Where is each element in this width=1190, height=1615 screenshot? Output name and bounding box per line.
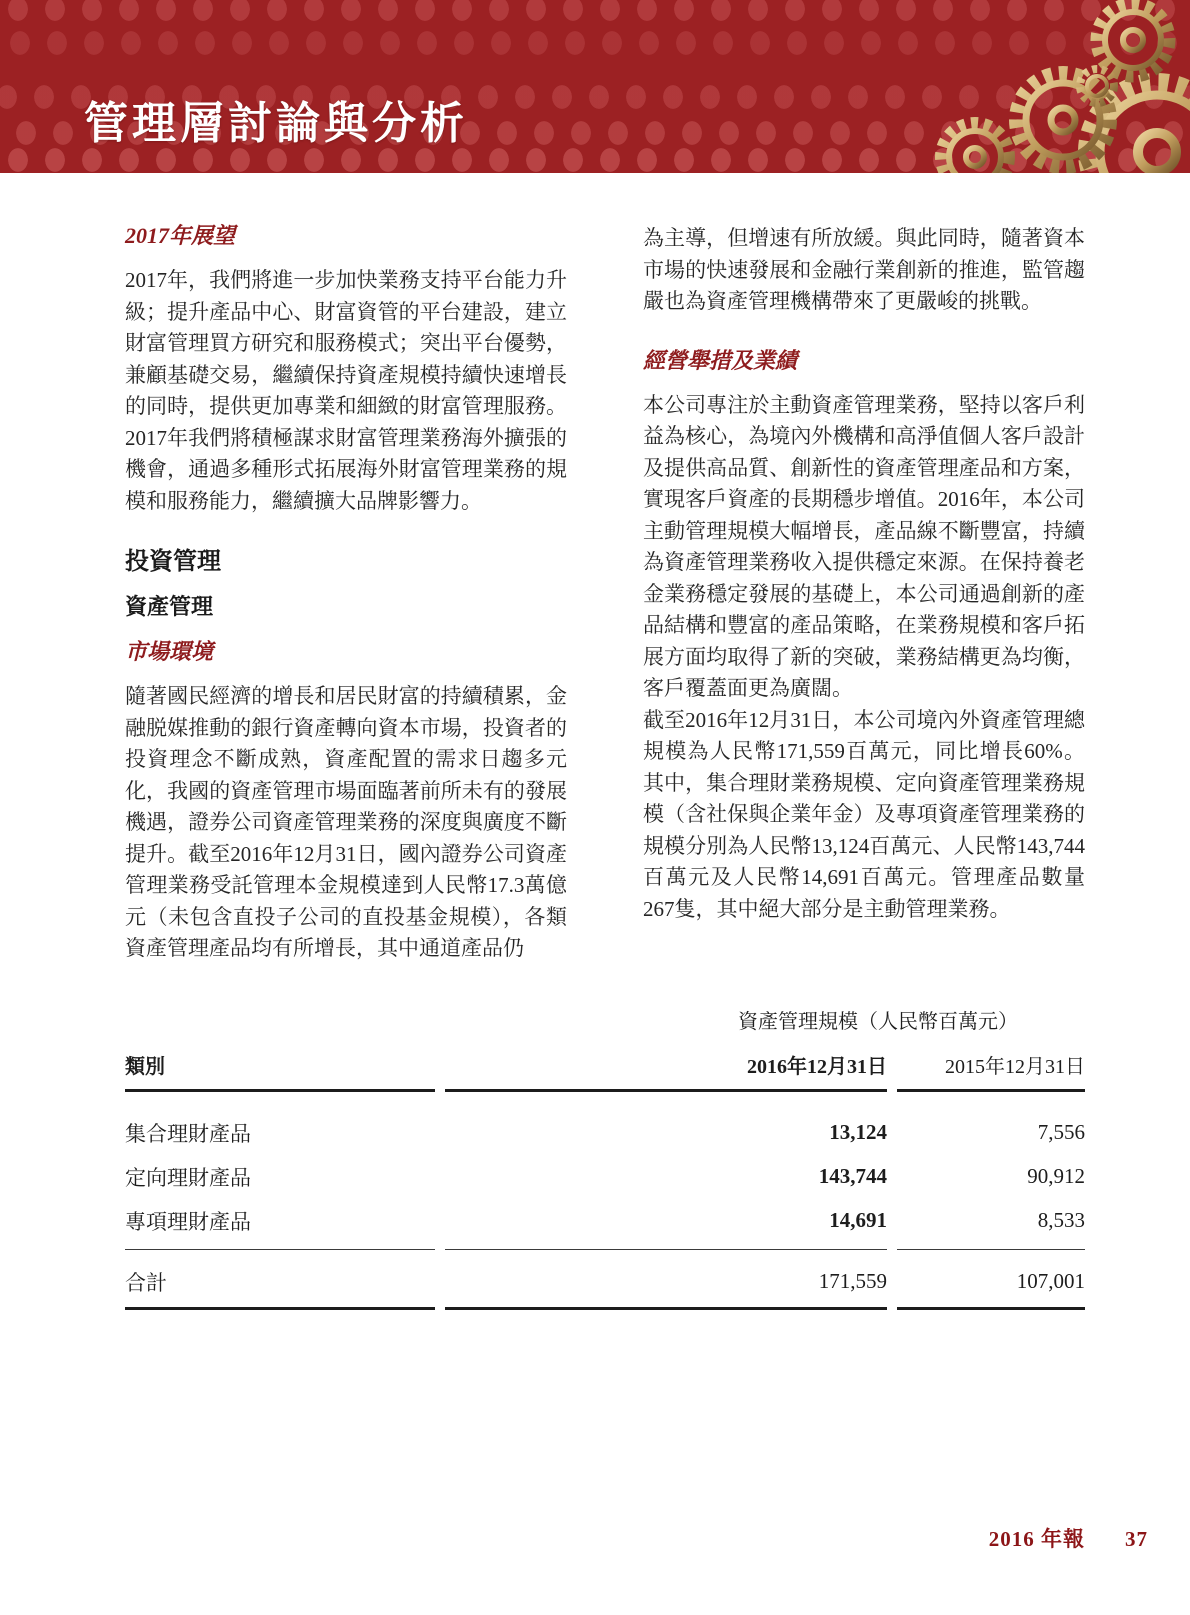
annual-report-page: 管理層討論與分析 2017年展望 2017年，我們將進一步加快業務支持平台能力升… bbox=[0, 0, 1190, 1615]
page-number: 37 bbox=[1125, 1527, 1148, 1551]
table-row-targeted: 定向理財產品 143,744 90,912 bbox=[125, 1155, 1085, 1199]
cell-category: 集合理財產品 bbox=[125, 1092, 435, 1155]
two-column-text: 2017年展望 2017年，我們將進一步加快業務支持平台能力升級；提升產品中心、… bbox=[125, 223, 1085, 965]
cell-2016-value: 13,124 bbox=[445, 1092, 887, 1155]
paragraph-operations-2: 截至2016年12月31日，本公司境內外資產管理總規模為人民幣171,559百萬… bbox=[643, 705, 1085, 926]
paragraph-market-environment: 隨著國民經濟的增長和居民財富的持續積累，金融脱媒推動的銀行資產轉向資本市場，投資… bbox=[125, 681, 567, 965]
paragraph-2017-outlook: 2017年，我們將進一步加快業務支持平台能力升級；提升產品中心、財富資管的平台建… bbox=[125, 265, 567, 517]
gears-icon bbox=[845, 0, 1190, 173]
report-label: 2016 年報 bbox=[989, 1527, 1085, 1551]
section-heading-investment-management: 投資管理 bbox=[125, 547, 567, 577]
section-heading-2017-outlook: 2017年展望 bbox=[125, 223, 567, 249]
table-header-row: 類別 2016年12月31日 2015年12月31日 bbox=[125, 1046, 1085, 1092]
paragraph-operations-1: 本公司專注於主動資產管理業務，堅持以客戶利益為核心，為境內外機構和高淨值個人客戶… bbox=[643, 390, 1085, 705]
cell-2016-value: 143,744 bbox=[445, 1155, 887, 1199]
section-heading-operations-results: 經營舉措及業績 bbox=[643, 348, 1085, 374]
cell-2015-value: 90,912 bbox=[897, 1155, 1085, 1199]
cell-2015-value: 8,533 bbox=[897, 1199, 1085, 1250]
table-title: 資產管理規模（人民幣百萬元） bbox=[125, 1005, 1085, 1034]
column-header-2016: 2016年12月31日 bbox=[445, 1046, 887, 1092]
paragraph-continued: 為主導，但增速有所放緩。與此同時，隨著資本市場的快速發展和金融行業創新的推進，監… bbox=[643, 223, 1085, 318]
table-total-row: 合計 171,559 107,001 bbox=[125, 1250, 1085, 1310]
cell-total-label: 合計 bbox=[125, 1250, 435, 1310]
cell-total-2015: 107,001 bbox=[897, 1250, 1085, 1310]
page-title: 管理層討論與分析 bbox=[84, 98, 468, 150]
page-footer: 2016 年報37 bbox=[989, 1523, 1148, 1553]
left-column: 2017年展望 2017年，我們將進一步加快業務支持平台能力升級；提升產品中心、… bbox=[125, 223, 567, 965]
table-row-specialised: 專項理財產品 14,691 8,533 bbox=[125, 1199, 1085, 1250]
section-heading-asset-management: 資產管理 bbox=[125, 593, 567, 621]
page-banner: 管理層討論與分析 bbox=[0, 0, 1190, 173]
column-header-category: 類別 bbox=[125, 1046, 435, 1092]
cell-category: 定向理財產品 bbox=[125, 1155, 435, 1199]
cell-total-2016: 171,559 bbox=[445, 1250, 887, 1310]
cell-category: 專項理財產品 bbox=[125, 1199, 435, 1250]
column-header-2015: 2015年12月31日 bbox=[897, 1046, 1085, 1092]
section-heading-market-environment: 市場環境 bbox=[125, 639, 567, 665]
page-content: 2017年展望 2017年，我們將進一步加快業務支持平台能力升級；提升產品中心、… bbox=[0, 223, 1190, 1310]
cell-2015-value: 7,556 bbox=[897, 1092, 1085, 1155]
aum-table-section: 資產管理規模（人民幣百萬元） 類別 2016年12月31日 2015年12月31… bbox=[125, 1005, 1085, 1310]
aum-table: 類別 2016年12月31日 2015年12月31日 集合理財產品 13,124… bbox=[115, 1046, 1095, 1310]
table-row-collective: 集合理財產品 13,124 7,556 bbox=[125, 1092, 1085, 1155]
right-column: 為主導，但增速有所放緩。與此同時，隨著資本市場的快速發展和金融行業創新的推進，監… bbox=[643, 223, 1085, 965]
cell-2016-value: 14,691 bbox=[445, 1199, 887, 1250]
